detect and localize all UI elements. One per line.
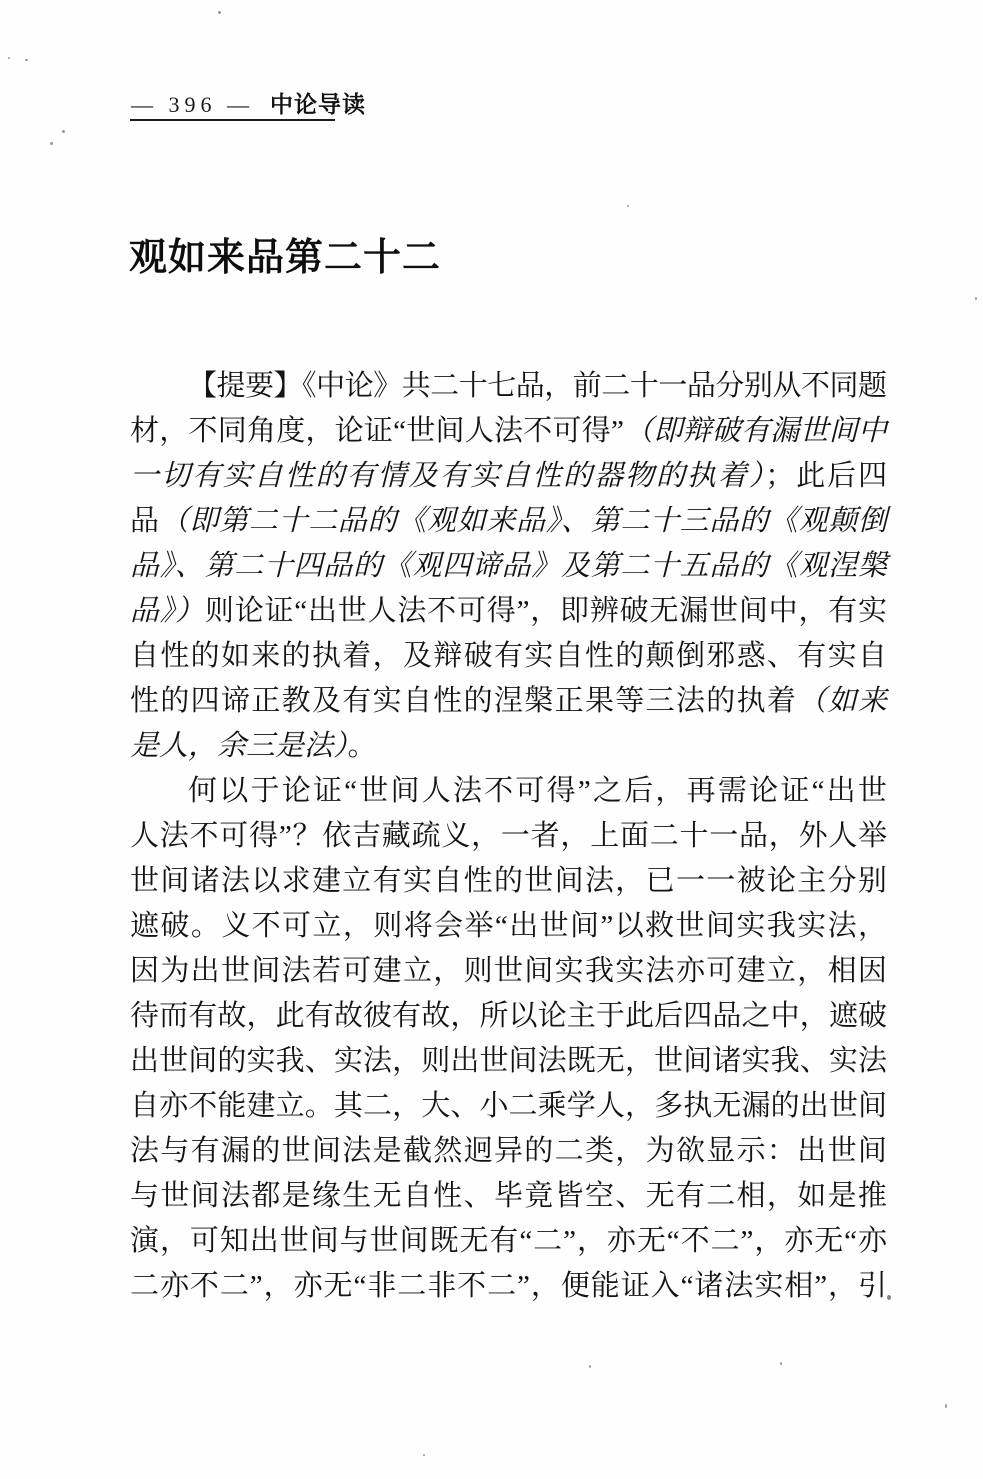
main-text: 演，可知出世间与世间既无有“二”，亦无“不二”，亦无“亦 <box>130 1225 888 1257</box>
paragraph: 【提要】《中论》共二十七品，前二十一品分别从不同题材，不同角度，论证“世间人法不… <box>130 364 887 769</box>
main-text: 性的四谛正教及有实自性的涅槃正果等三法的执着 <box>130 685 797 717</box>
annotation-text: 品》、第二十四品的《观四谛品》及第二十五品的《观涅槃 <box>130 550 888 582</box>
scan-speck <box>945 1404 947 1408</box>
text-line: 性的四谛正教及有实自性的涅槃正果等三法的执着（如来 <box>130 679 887 724</box>
annotation-text: 品》） <box>130 595 205 627</box>
text-line: 自亦不能建立。其二，大、小二乘学人，多执无漏的出世间 <box>130 1084 887 1129</box>
scan-speck <box>50 142 53 145</box>
scan-speck <box>780 1362 782 1365</box>
main-text: 世间诸法以求建立有实自性的世间法，已一一被论主分别 <box>130 865 888 897</box>
main-text: 则论证“出世人法不可得”，即辨破无漏世间中，有实 <box>205 595 888 627</box>
scan-speck <box>423 1454 425 1456</box>
text-line: 何以于论证“世间人法不可得”之后，再需论证“出世 <box>130 769 887 814</box>
text-line: 一切有实自性的有情及有实自性的器物的执着）；此后四 <box>130 454 887 499</box>
text-line: 遮破。义不可立，则将会举“出世间”以救世间实我实法， <box>130 904 887 949</box>
text-line: 世间诸法以求建立有实自性的世间法，已一一被论主分别 <box>130 859 887 904</box>
text-line: 材，不同角度，论证“世间人法不可得”（即辩破有漏世间中 <box>130 409 887 454</box>
annotation-text: （即第二十二品的《观如来品》、第二十三品的《观颠倒 <box>160 505 888 537</box>
scan-speck <box>25 59 28 61</box>
chapter-title: 观如来品第二十二 <box>129 226 441 281</box>
main-text: 二亦不二”，亦无“非二非不二”，便能证入“诸法实相”，引 <box>130 1270 888 1302</box>
main-text: 材，不同角度，论证“世间人法不可得” <box>130 415 624 447</box>
body-text: 【提要】《中论》共二十七品，前二十一品分别从不同题材，不同角度，论证“世间人法不… <box>130 364 887 1309</box>
scan-speck <box>8 57 10 59</box>
main-text: 因为出世间法若可建立，则世间实我实法亦可建立，相因 <box>130 955 888 987</box>
page-header: — 396 — 中论导读 <box>131 86 366 119</box>
text-line: 出世间的实我、实法，则出世间法既无，世间诸实我、实法 <box>130 1039 887 1084</box>
scan-speck <box>887 1295 891 1300</box>
text-line: 品》）则论证“出世人法不可得”，即辨破无漏世间中，有实 <box>130 589 887 634</box>
main-text: 法与有漏的世间法是截然迥异的二类，为欲显示：出世间 <box>130 1135 888 1167</box>
text-line: 待而有故，此有故彼有故，所以论主于此后四品之中，遮破 <box>130 994 887 1039</box>
annotation-text: 是人，余三是法） <box>130 730 348 762</box>
main-text: 【提要】《中论》共二十七品，前二十一品分别从不同题 <box>188 370 887 402</box>
scan-speck <box>589 1365 591 1368</box>
text-line: 是人，余三是法）。 <box>130 724 887 769</box>
text-line: 法与有漏的世间法是截然迥异的二类，为欲显示：出世间 <box>130 1129 887 1174</box>
book-page: — 396 — 中论导读 观如来品第二十二 【提要】《中论》共二十七品，前二十一… <box>0 0 983 1479</box>
scan-speck <box>62 130 65 133</box>
main-text: 待而有故，此有故彼有故，所以论主于此后四品之中，遮破 <box>130 1000 887 1032</box>
text-line: 品（即第二十二品的《观如来品》、第二十三品的《观颠倒 <box>130 499 887 544</box>
text-line: 品》、第二十四品的《观四谛品》及第二十五品的《观涅槃 <box>130 544 887 589</box>
text-line: 演，可知出世间与世间既无有“二”，亦无“不二”，亦无“亦 <box>130 1219 887 1264</box>
page-number: — 396 — <box>131 92 254 118</box>
main-text: 与世间法都是缘生无自性、毕竟皆空、无有二相，如是推 <box>130 1180 888 1212</box>
main-text: 出世间的实我、实法，则出世间法既无，世间诸实我、实法 <box>130 1045 887 1077</box>
main-text: 遮破。义不可立，则将会举“出世间”以救世间实我实法， <box>130 910 888 942</box>
main-text: ；此后四 <box>765 460 889 492</box>
text-line: 二亦不二”，亦无“非二非不二”，便能证入“诸法实相”，引 <box>130 1264 887 1309</box>
main-text: 何以于论证“世间人法不可得”之后，再需论证“出世 <box>188 775 889 807</box>
main-text: 。 <box>348 730 377 762</box>
main-text: 自性的如来的执着，及辩破有实自性的颠倒邪惑、有实自 <box>130 640 888 672</box>
scan-speck <box>627 205 629 207</box>
header-rule <box>130 119 335 121</box>
scan-speck <box>975 297 977 300</box>
scan-speck <box>218 11 221 14</box>
text-line: 自性的如来的执着，及辩破有实自性的颠倒邪惑、有实自 <box>130 634 887 679</box>
text-line: 与世间法都是缘生无自性、毕竟皆空、无有二相，如是推 <box>130 1174 887 1219</box>
main-text: 自亦不能建立。其二，大、小二乘学人，多执无漏的出世间 <box>130 1090 887 1122</box>
paragraph: 何以于论证“世间人法不可得”之后，再需论证“出世人法不可得”？依吉藏疏义，一者，… <box>130 769 887 1309</box>
text-line: 人法不可得”？依吉藏疏义，一者，上面二十一品，外人举 <box>130 814 887 859</box>
running-title: 中论导读 <box>270 86 366 119</box>
text-line: 因为出世间法若可建立，则世间实我实法亦可建立，相因 <box>130 949 887 994</box>
main-text: 品 <box>130 505 160 537</box>
annotation-text: （即辩破有漏世间中 <box>624 415 887 447</box>
main-text: 人法不可得”？依吉藏疏义，一者，上面二十一品，外人举 <box>130 820 888 852</box>
annotation-text: 一切有实自性的有情及有实自性的器物的执着） <box>130 460 765 492</box>
annotation-text: （如来 <box>797 685 888 717</box>
text-line: 【提要】《中论》共二十七品，前二十一品分别从不同题 <box>130 364 887 409</box>
